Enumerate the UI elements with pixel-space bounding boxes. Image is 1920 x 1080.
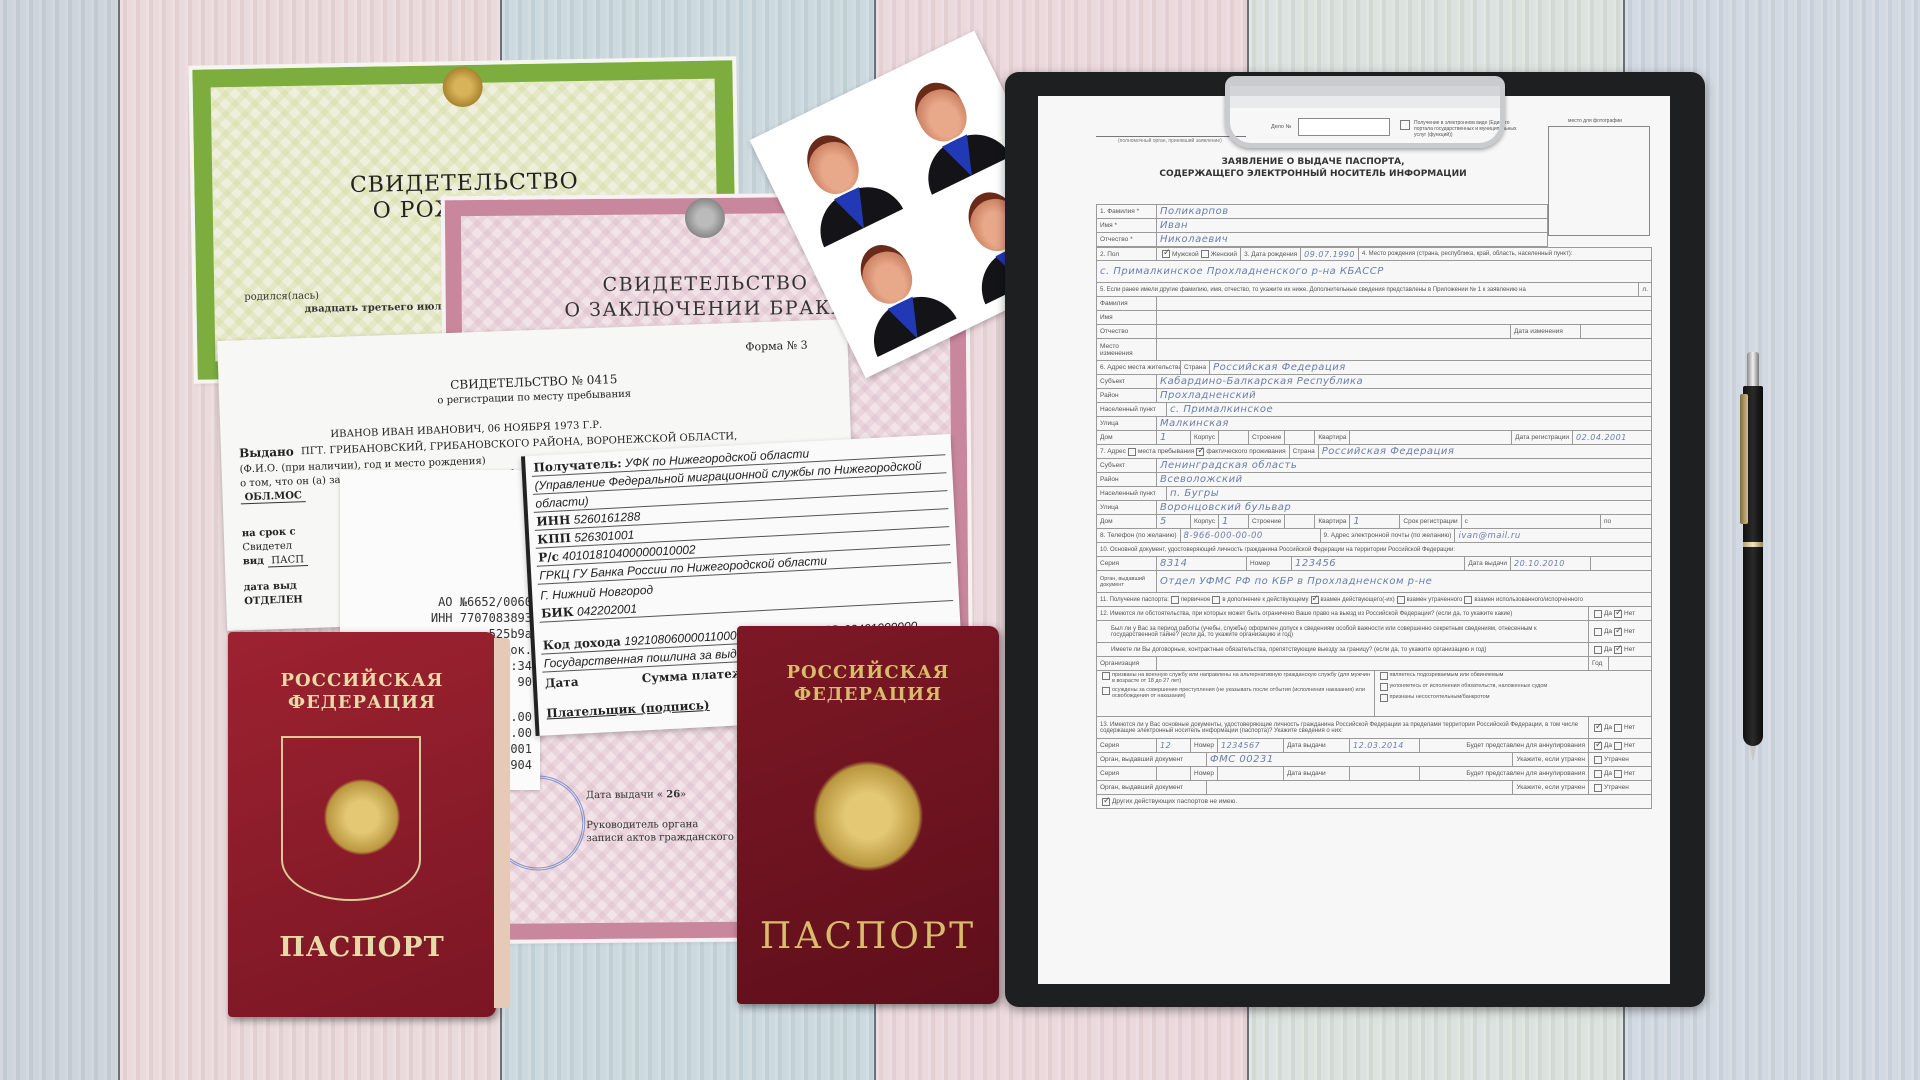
change-date-field[interactable] [1581, 325, 1651, 338]
patronymic-row: Отчество * Николаевич [1096, 233, 1548, 247]
surname-row: 1. Фамилия * Поликарпов [1096, 204, 1548, 219]
foreign-doc2-authority-row: Орган, выдавший документ Укажите, если у… [1096, 781, 1652, 795]
issued-label: Выдано [239, 444, 294, 460]
foreign-passport: РОССИЙСКАЯ ФЕДЕРАЦИЯ ПАСПОРТ [228, 632, 496, 1017]
residence-building-field[interactable] [1219, 431, 1249, 444]
stay-locality-row: Населенный пунктп. Бугры [1096, 487, 1652, 501]
form-table: 1. Фамилия * Поликарпов Имя * Иван Отчес… [1096, 204, 1652, 809]
stay-country-field[interactable]: Российская Федерация [1319, 445, 1651, 458]
bankrupt-checkbox[interactable] [1380, 694, 1388, 702]
doc2-annul-no-checkbox[interactable] [1614, 770, 1622, 778]
suspect-checkbox[interactable] [1380, 672, 1388, 680]
s11-row: 11. Получение паспорта: первичное в допо… [1096, 593, 1652, 607]
doc1-number-field[interactable]: 1234567 [1218, 739, 1284, 752]
female-checkbox[interactable] [1201, 250, 1209, 258]
stay-flat-field[interactable]: 1 [1350, 515, 1400, 528]
residence-district-row: РайонПрохладненский [1096, 389, 1652, 403]
change-place-field[interactable] [1157, 339, 1651, 360]
residence-flat-field[interactable] [1350, 431, 1512, 444]
residence-country-row: 6. Адрес места жительства Страна Российс… [1096, 361, 1652, 375]
certificate-label: Свидетел [242, 541, 292, 554]
stay-subject-field[interactable]: Ленинградская область [1157, 459, 1651, 472]
stay-locality-field[interactable]: п. Бугры [1167, 487, 1651, 500]
residence-subject-field[interactable]: Кабардино-Балкарская Республика [1157, 375, 1651, 388]
address-fragment: ОБЛ.МОС [240, 490, 306, 504]
plank [0, 0, 120, 1080]
prev-name-field[interactable] [1157, 311, 1651, 324]
doc2-authority-field[interactable] [1207, 781, 1513, 794]
authority-caption: (полномочный орган, принявший заявление) [1118, 138, 1222, 144]
residence-street-row: УлицаМалкинская [1096, 417, 1652, 431]
reg-term-from-field[interactable]: с [1462, 515, 1601, 528]
reg-term-to-field[interactable]: по [1601, 515, 1651, 528]
residence-structure-field[interactable] [1285, 431, 1315, 444]
doc2-annul-yes-checkbox[interactable] [1594, 770, 1602, 778]
patronymic-field[interactable]: Николаевич [1157, 233, 1547, 246]
doc1-lost-checkbox[interactable] [1594, 756, 1602, 764]
clipboard-clip [1225, 76, 1505, 148]
q2-no-checkbox[interactable] [1614, 628, 1622, 636]
prev-patronymic-field[interactable] [1157, 325, 1511, 338]
main-doc-authority-field[interactable]: Отдел УФМС РФ по КБР в Прохладненском р-… [1157, 571, 1651, 592]
phone-field[interactable]: 8-966-000-00-00 [1181, 529, 1321, 542]
prev-name-row: Имя [1096, 311, 1652, 325]
q2-yes-checkbox[interactable] [1594, 628, 1602, 636]
q1-no-checkbox[interactable] [1614, 610, 1622, 618]
main-doc-number-field[interactable]: 123456 [1292, 557, 1465, 570]
passport-word: ПАСПОРТ [228, 932, 496, 963]
male-checkbox[interactable] [1162, 250, 1170, 258]
reason-replace-used-checkbox[interactable] [1464, 596, 1472, 604]
convicted-checkbox[interactable] [1102, 687, 1110, 695]
sex-dob-row: 2. Пол Мужской Женский 3. Дата рождения … [1096, 247, 1652, 261]
main-doc-issue-date-field[interactable]: 20.10.2010 [1511, 557, 1591, 570]
residence-subject-row: СубъектКабардино-Балкарская Республика [1096, 375, 1652, 389]
stay-subject-row: СубъектЛенинградская область [1096, 459, 1652, 473]
pob-field[interactable]: с. Прималкинское Прохладненского р-на КБ… [1097, 261, 1651, 282]
doc2-lost-checkbox[interactable] [1594, 784, 1602, 792]
ballpoint-pen [1740, 352, 1766, 762]
reason-additional-checkbox[interactable] [1212, 596, 1220, 604]
stay-house-row: Дом 5 Корпус 1 Строение Квартира 1 Срок … [1096, 515, 1652, 529]
organization-row: Организация Год [1096, 657, 1652, 671]
foreign-doc1-row: Серия 12 Номер 1234567 Дата выдачи 12.03… [1096, 739, 1652, 753]
reason-replace-valid-checkbox[interactable] [1311, 596, 1319, 604]
residence-house-row: Дом 1 Корпус Строение Квартира Дата реги… [1096, 431, 1652, 445]
doc2-series-field[interactable] [1157, 767, 1191, 780]
prev-surname-row: Фамилия [1096, 297, 1652, 311]
stay-structure-field[interactable] [1285, 515, 1315, 528]
department: ОТДЕЛЕН [244, 594, 303, 607]
dob-field[interactable]: 09.07.1990 [1301, 248, 1359, 260]
organization-field[interactable] [1157, 657, 1589, 670]
doc1-issue-date-field[interactable]: 12.03.2014 [1350, 739, 1420, 752]
surname-field[interactable]: Поликарпов [1157, 205, 1547, 218]
residence-country-field[interactable]: Российская Федерация [1210, 361, 1651, 374]
doc1-annul-no-checkbox[interactable] [1614, 742, 1622, 750]
issue-date-label: Дата выдачи « 26» [586, 789, 686, 801]
s5-header-row: 5. Если ранее имели другие фамилию, имя,… [1096, 283, 1652, 297]
q3-yes-checkbox[interactable] [1594, 646, 1602, 654]
main-doc-authority-row: Орган, выдавший документ Отдел УФМС РФ п… [1096, 571, 1652, 593]
residence-reg-date-field[interactable]: 02.04.2001 [1573, 431, 1651, 444]
stay-street-field[interactable]: Воронцовский бульвар [1157, 501, 1651, 514]
passport-country: РОССИЙСКАЯ ФЕДЕРАЦИЯ [737, 662, 999, 705]
internal-passport: РОССИЙСКАЯ ФЕДЕРАЦИЯ ПАСПОРТ [737, 626, 999, 1004]
foreign-doc2-row: Серия Номер Дата выдачи Будет представле… [1096, 767, 1652, 781]
stay-district-row: РайонВсеволожский [1096, 473, 1652, 487]
contacts-row: 8. Телефон (по желанию) 8-966-000-00-00 … [1096, 529, 1652, 543]
residence-district-field[interactable]: Прохладненский [1157, 389, 1651, 402]
prev-surname-field[interactable] [1157, 297, 1651, 310]
s13-header-row: 13. Имеются ли у Вас основные документы,… [1096, 717, 1652, 739]
change-place-row: Место изменения [1096, 339, 1652, 361]
email-field[interactable]: ivan@mail.ru [1455, 529, 1651, 542]
prev-patronymic-row: Отчество Дата изменения [1096, 325, 1652, 339]
foreign-doc1-authority-row: Орган, выдавший документ ФМС 00231 Укажи… [1096, 753, 1652, 767]
s13-no-checkbox[interactable] [1614, 724, 1622, 732]
court-obligation-checkbox[interactable] [1380, 683, 1388, 691]
residence-house-field[interactable]: 1 [1157, 431, 1191, 444]
q3-no-checkbox[interactable] [1614, 646, 1622, 654]
issue-date-label: дата выд [244, 580, 297, 593]
doc2-number-field[interactable] [1218, 767, 1284, 780]
pob-row: с. Прималкинское Прохладненского р-на КБ… [1096, 261, 1652, 283]
doc1-series-field[interactable]: 12 [1157, 739, 1191, 752]
passport-country: РОССИЙСКАЯ ФЕДЕРАЦИЯ [228, 670, 496, 713]
passport-word: ПАСПОРТ [737, 916, 999, 957]
circumstances-row: призваны на военную службу или направлен… [1096, 671, 1652, 717]
q1-yes-checkbox[interactable] [1594, 610, 1602, 618]
name-field[interactable]: Иван [1157, 219, 1547, 232]
residence-locality-field[interactable]: с. Прималкинское [1167, 403, 1651, 416]
main-doc-row: Серия 8314 Номер 123456 Дата выдачи 20.1… [1096, 557, 1652, 571]
doc-type: ПАСП [267, 554, 308, 567]
coat-of-arms-icon [685, 198, 725, 238]
photo-place-label: место для фотографии [1568, 118, 1622, 124]
main-doc-series-field[interactable]: 8314 [1157, 557, 1247, 570]
stay-street-row: УлицаВоронцовский бульвар [1096, 501, 1652, 515]
form-title: ЗАЯВЛЕНИЕ О ВЫДАЧЕ ПАСПОРТА, СОДЕРЖАЩЕГО… [1098, 156, 1528, 180]
stay-district-field[interactable]: Всеволожский [1157, 473, 1651, 486]
passport-application-form: (полномочный орган, принявший заявление)… [1038, 96, 1670, 984]
s12-q2-row: Был ли у Вас за период работы (учебы, сл… [1096, 621, 1652, 643]
actual-residence-checkbox[interactable] [1196, 448, 1204, 456]
double-headed-eagle-icon [317, 772, 407, 862]
reason-first-checkbox[interactable] [1171, 596, 1179, 604]
no-other-passports-row: Других действующих паспортов не имею. [1096, 795, 1652, 809]
stay-house-field[interactable]: 5 [1157, 515, 1191, 528]
stamp-caption: Руководитель органа [586, 819, 698, 831]
s12-q3-row: Имеете ли Вы договорные, контрактные обя… [1096, 643, 1652, 657]
passport-pages [494, 638, 510, 1008]
s13-yes-checkbox[interactable] [1594, 724, 1602, 732]
name-row: Имя * Иван [1096, 219, 1548, 233]
stay-place-checkbox[interactable] [1128, 448, 1136, 456]
residence-locality-row: Населенный пунктс. Прималкинское [1096, 403, 1652, 417]
form-number: Форма № 3 [745, 338, 808, 353]
s10-header-row: 10. Основной документ, удостоверяющий ли… [1096, 543, 1652, 557]
born-label: родился(лась) [244, 291, 319, 303]
double-headed-eagle-icon [803, 751, 933, 881]
no-other-passports-checkbox[interactable] [1102, 798, 1110, 806]
residence-street-field[interactable]: Малкинская [1157, 417, 1651, 430]
stay-building-field[interactable]: 1 [1219, 515, 1249, 528]
year-field[interactable] [1609, 657, 1651, 670]
doc2-issue-date-field[interactable] [1350, 767, 1420, 780]
s12-q1-row: 12. Имеются ли обстоятельства, при котор… [1096, 607, 1652, 621]
military-checkbox[interactable] [1102, 672, 1110, 680]
stay-address-row: 7. Адресместа пребыванияфактического про… [1096, 445, 1652, 459]
reason-replace-lost-checkbox[interactable] [1397, 596, 1405, 604]
doc1-annul-yes-checkbox[interactable] [1594, 742, 1602, 750]
doc1-authority-field[interactable]: ФМС 00231 [1207, 753, 1513, 766]
term-label: на срок с [242, 526, 296, 539]
